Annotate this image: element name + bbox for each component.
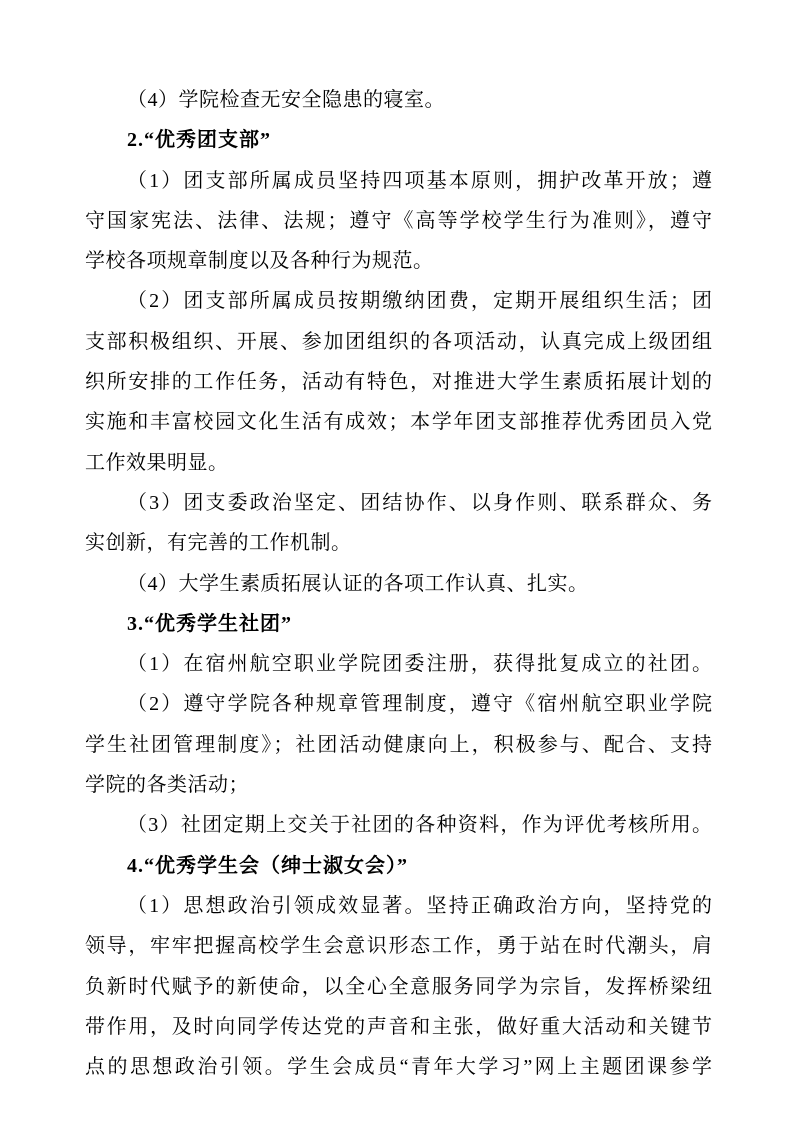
body-text-line: 工作效果明显。 — [85, 443, 712, 483]
body-text-line: （2）团支部所属成员按期缴纳团费，定期开展组织生活；团 — [85, 281, 712, 321]
body-text-line: （1）团支部所属成员坚持四项基本原则，拥护改革开放；遵 — [85, 161, 712, 201]
body-text-line: 支部积极组织、开展、参加团组织的各项活动，认真完成上级团组 — [85, 322, 712, 362]
body-text-line: 学院的各类活动； — [85, 765, 712, 805]
body-text-line: （4）大学生素质拓展认证的各项工作认真、扎实。 — [85, 564, 712, 604]
body-text-line: 织所安排的工作任务，活动有特色，对推进大学生素质拓展计划的 — [85, 362, 712, 402]
section-heading: 2.“优秀团支部” — [85, 120, 712, 160]
body-text-line: 实创新，有完善的工作机制。 — [85, 523, 712, 563]
body-text-line: 领导，牢牢把握高校学生会意识形态工作，勇于站在时代潮头，肩 — [85, 926, 712, 966]
document-body: （4）学院检查无安全隐患的寝室。 2.“优秀团支部” （1）团支部所属成员坚持四… — [85, 80, 712, 1087]
body-text-line: 点的思想政治引领。学生会成员“青年大学习”网上主题团课参学 — [85, 1047, 712, 1087]
body-text-line: （1）思想政治引领成效显著。坚持正确政治方向，坚持党的 — [85, 886, 712, 926]
body-text-line: 学校各项规章制度以及各种行为规范。 — [85, 241, 712, 281]
section-heading: 3.“优秀学生社团” — [85, 604, 712, 644]
body-text-line: （1）在宿州航空职业学院团委注册，获得批复成立的社团。 — [85, 644, 712, 684]
body-text-line: （4）学院检查无安全隐患的寝室。 — [85, 80, 712, 120]
body-text-line: （2）遵守学院各种规章管理制度，遵守《宿州航空职业学院 — [85, 684, 712, 724]
body-text-line: 带作用，及时向同学传达党的声音和主张，做好重大活动和关键节 — [85, 1007, 712, 1047]
document-page: （4）学院检查无安全隐患的寝室。 2.“优秀团支部” （1）团支部所属成员坚持四… — [0, 0, 793, 1122]
body-text-line: 守国家宪法、法律、法规；遵守《高等学校学生行为准则》，遵守 — [85, 201, 712, 241]
body-text-line: （3）团支委政治坚定、团结协作、以身作则、联系群众、务 — [85, 483, 712, 523]
body-text-line: 学生社团管理制度》；社团活动健康向上，积极参与、配合、支持 — [85, 725, 712, 765]
body-text-line: 实施和丰富校园文化生活有成效；本学年团支部推荐优秀团员入党 — [85, 402, 712, 442]
body-text-line: 负新时代赋予的新使命，以全心全意服务同学为宗旨，发挥桥梁纽 — [85, 967, 712, 1007]
body-text-line: （3）社团定期上交关于社团的各种资料，作为评优考核所用。 — [85, 805, 712, 845]
section-heading: 4.“优秀学生会（绅士淑女会）” — [85, 846, 712, 886]
